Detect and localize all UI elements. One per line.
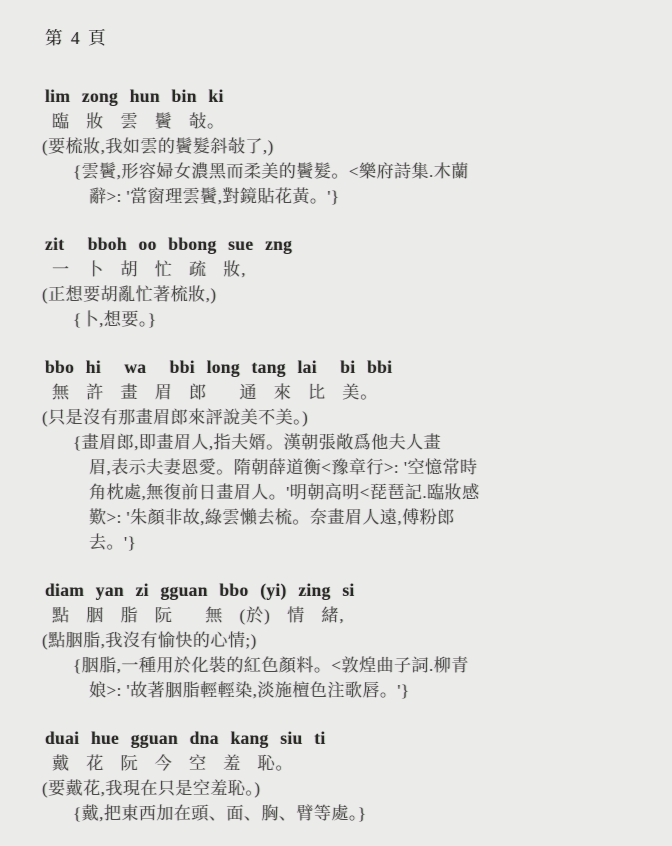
annotation-line: 去。'} bbox=[89, 530, 644, 555]
hanzi-gloss-line: 點 胭 脂 阮 無 (於) 情 緒, bbox=[45, 603, 644, 628]
document-page: 第 4 頁 lim zong hun bin ki 臨 妝 雲 鬢 敧。 (要梳… bbox=[0, 0, 672, 846]
translation-line: (只是沒有那畫眉郎來評說美不美。) bbox=[42, 405, 644, 430]
annotation-line: {卜,想要。} bbox=[73, 307, 644, 332]
annotation-line: {戴,把東西加在頭、面、胸、臂等處。} bbox=[73, 801, 644, 826]
hanzi-gloss-line: 一 卜 胡 忙 疏 妝, bbox=[45, 257, 644, 282]
hanzi-gloss-line: 無 許 畫 眉 郎 通 來 比 美。 bbox=[45, 380, 644, 405]
hanzi-gloss-line: 臨 妝 雲 鬢 敧。 bbox=[45, 109, 644, 134]
romanization-line: bbo hi wa bbi long tang lai bi bbi bbox=[45, 355, 644, 380]
annotation-line: {畫眉郎,即畫眉人,指夫婿。漢朝張敞爲他夫人畫 bbox=[73, 430, 644, 455]
romanization-line: duai hue gguan dna kang siu ti bbox=[45, 726, 644, 751]
stanza: diam yan zi gguan bbo (yi) zing si 點 胭 脂… bbox=[45, 578, 644, 703]
page-number-header: 第 4 頁 bbox=[45, 26, 644, 50]
annotation-line: {胭脂,一種用於化裝的紅色顏料。<敦煌曲子詞.柳青 bbox=[73, 653, 644, 678]
romanization-line: lim zong hun bin ki bbox=[45, 84, 644, 109]
annotation-line: {雲鬢,形容婦女濃黑而柔美的鬢髮。<樂府詩集.木蘭 bbox=[73, 159, 644, 184]
romanization-line: zit bboh oo bbong sue zng bbox=[45, 232, 644, 257]
translation-line: (正想要胡亂忙著梳妝,) bbox=[42, 282, 644, 307]
stanza-list: lim zong hun bin ki 臨 妝 雲 鬢 敧。 (要梳妝,我如雲的… bbox=[45, 84, 644, 826]
translation-line: (要梳妝,我如雲的鬢髮斜敧了,) bbox=[42, 134, 644, 159]
annotation-block: {戴,把東西加在頭、面、胸、臂等處。} bbox=[45, 801, 644, 826]
translation-line: (點胭脂,我沒有愉快的心情;) bbox=[42, 628, 644, 653]
stanza: bbo hi wa bbi long tang lai bi bbi 無 許 畫… bbox=[45, 355, 644, 555]
annotation-block: {卜,想要。} bbox=[45, 307, 644, 332]
annotation-line: 娘>: '故著胭脂輕輕染,淡施檀色注歌唇。'} bbox=[89, 678, 644, 703]
stanza: duai hue gguan dna kang siu ti 戴 花 阮 今 空… bbox=[45, 726, 644, 826]
translation-line: (要戴花,我現在只是空羞恥。) bbox=[42, 776, 644, 801]
stanza: lim zong hun bin ki 臨 妝 雲 鬢 敧。 (要梳妝,我如雲的… bbox=[45, 84, 644, 209]
hanzi-gloss-line: 戴 花 阮 今 空 羞 恥。 bbox=[45, 751, 644, 776]
stanza: zit bboh oo bbong sue zng 一 卜 胡 忙 疏 妝, (… bbox=[45, 232, 644, 332]
annotation-line: 歎>: '朱顏非故,綠雲懶去梳。奈畫眉人遠,傅粉郎 bbox=[89, 505, 644, 530]
annotation-block: {胭脂,一種用於化裝的紅色顏料。<敦煌曲子詞.柳青娘>: '故著胭脂輕輕染,淡施… bbox=[45, 653, 644, 703]
annotation-line: 眉,表示夫妻恩愛。隋朝薛道衡<豫章行>: '空憶常時 bbox=[89, 455, 644, 480]
annotation-block: {雲鬢,形容婦女濃黑而柔美的鬢髮。<樂府詩集.木蘭辭>: '當窗理雲鬢,對鏡貼花… bbox=[45, 159, 644, 209]
annotation-block: {畫眉郎,即畫眉人,指夫婿。漢朝張敞爲他夫人畫眉,表示夫妻恩愛。隋朝薛道衡<豫章… bbox=[45, 430, 644, 555]
annotation-line: 角枕處,無復前日畫眉人。'明朝高明<琵琶記.臨妝感 bbox=[89, 480, 644, 505]
annotation-line: 辭>: '當窗理雲鬢,對鏡貼花黃。'} bbox=[89, 184, 644, 209]
romanization-line: diam yan zi gguan bbo (yi) zing si bbox=[45, 578, 644, 603]
